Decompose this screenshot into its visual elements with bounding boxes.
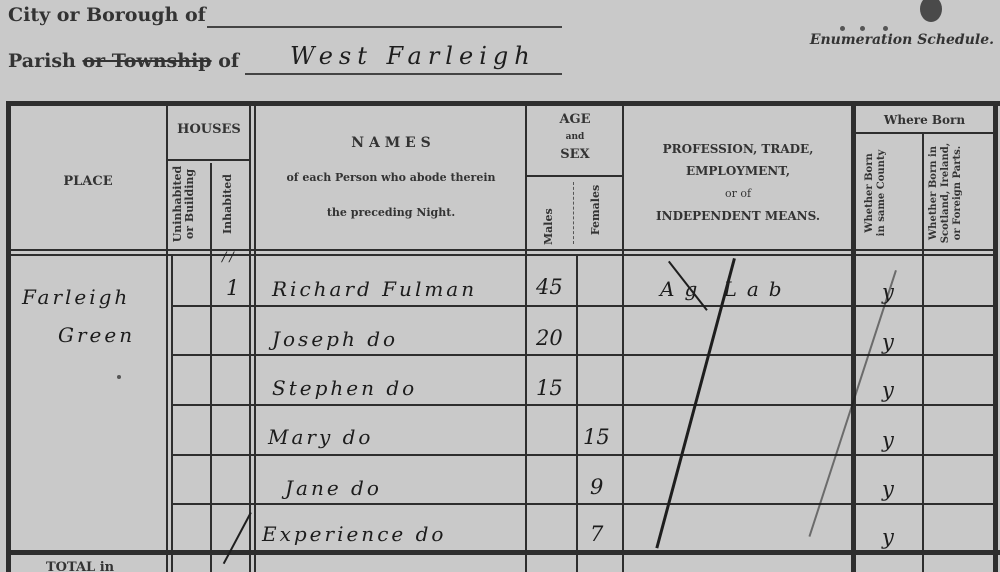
place-line1: Farleigh xyxy=(22,285,130,309)
foreign-line2: Scotland, Ireland, xyxy=(940,141,952,245)
col-divider-males-females xyxy=(576,255,578,572)
same-county-line2: in same County xyxy=(876,141,888,245)
col-header-profession-4: INDEPENDENT MEANS. xyxy=(624,209,852,223)
name-cell: Experience do xyxy=(262,522,446,546)
col-header-males: Males xyxy=(543,185,555,245)
total-label: TOTAL in xyxy=(46,560,114,572)
ink-dot xyxy=(883,26,888,31)
name-cell: Joseph do xyxy=(272,327,398,351)
col-header-uninhabited: Uninhabited or Building xyxy=(172,163,196,245)
city-borough-label: City or Borough of xyxy=(8,4,206,26)
same-county-cell: y xyxy=(882,525,894,549)
parish-field xyxy=(245,73,562,75)
col-divider-place-2 xyxy=(171,255,173,572)
age-dashed-divider xyxy=(573,182,574,244)
ink-dot xyxy=(117,375,121,379)
ink-dot xyxy=(840,26,845,31)
col-header-names: N A M E S xyxy=(256,135,526,151)
col-header-inhabited: Inhabited xyxy=(222,163,234,245)
males-age-cell: 20 xyxy=(536,326,563,350)
col-header-females: Females xyxy=(590,175,602,245)
col-header-profession-1: PROFESSION, TRADE, xyxy=(624,142,852,156)
same-county-cell: y xyxy=(882,477,894,501)
col-header-where-born: Where Born xyxy=(856,113,993,127)
males-age-cell: 45 xyxy=(536,275,563,299)
name-cell: Stephen do xyxy=(272,376,417,400)
same-county-cell: y xyxy=(882,330,894,354)
same-county-line1: Whether Born xyxy=(864,141,876,245)
col-header-profession-2: EMPLOYMENT, xyxy=(624,164,852,178)
females-age-cell: 9 xyxy=(590,475,603,499)
col-header-sex: SEX xyxy=(527,147,623,162)
col-divider-born xyxy=(922,134,924,572)
born-subdivider xyxy=(855,132,993,134)
parish-value: West Farleigh xyxy=(290,42,536,70)
col-header-foreign: Whether Born in Scotland, Ireland, or Fo… xyxy=(928,141,964,245)
row-line xyxy=(171,404,993,406)
col-header-houses: HOUSES xyxy=(168,122,250,137)
females-age-cell: 15 xyxy=(583,425,610,449)
city-borough-line: City or Borough of xyxy=(8,4,206,26)
same-county-cell: y xyxy=(882,378,894,402)
foreign-line3: or Foreign Parts. xyxy=(952,141,964,245)
tick-mark: // xyxy=(222,250,237,265)
name-cell: Richard Fulman xyxy=(272,277,477,301)
row-line xyxy=(171,503,993,505)
header-divider xyxy=(6,249,998,251)
names-tick-stroke xyxy=(223,512,252,564)
col-header-age-and: and xyxy=(527,132,623,142)
table-left-border xyxy=(6,101,11,572)
col-header-profession-3: or of xyxy=(624,187,852,200)
col-divider-place xyxy=(166,101,168,572)
houses-subdivider xyxy=(168,159,250,161)
col-header-same-county: Whether Born in same County xyxy=(864,141,888,245)
enumeration-schedule-title: Enumeration Schedule. xyxy=(810,32,994,48)
col-divider-houses xyxy=(210,163,212,572)
name-cell: Mary do xyxy=(268,425,373,449)
uninhabited-line2: or Building xyxy=(184,163,196,245)
place-line2: Green xyxy=(58,323,135,347)
ink-dot xyxy=(860,26,865,31)
parish-line: Parish or Township of xyxy=(8,50,239,72)
males-age-cell: 15 xyxy=(536,376,563,400)
foreign-line1: Whether Born in xyxy=(928,141,940,245)
col-header-age: AGE xyxy=(527,112,623,127)
city-borough-field xyxy=(207,26,562,28)
col-divider-houses-right xyxy=(249,101,251,572)
header-divider-2 xyxy=(6,254,998,256)
inhabited-mark: 1 xyxy=(226,276,239,300)
township-struck-label: or Township xyxy=(82,50,211,72)
ink-blot xyxy=(920,0,942,22)
row-line xyxy=(171,454,993,456)
col-header-place: PLACE xyxy=(10,174,166,189)
name-cell: Jane do xyxy=(285,476,382,500)
parish-of-label: of xyxy=(212,50,239,72)
row-line xyxy=(171,305,993,307)
table-right-border xyxy=(993,101,998,572)
females-age-cell: 7 xyxy=(590,522,603,546)
parish-label: Parish xyxy=(8,50,82,72)
col-header-names-sub1: of each Person who abode therein xyxy=(256,171,526,184)
age-subdivider xyxy=(527,175,623,177)
same-county-cell: y xyxy=(882,428,894,452)
col-header-names-sub2: the preceding Night. xyxy=(256,206,526,219)
